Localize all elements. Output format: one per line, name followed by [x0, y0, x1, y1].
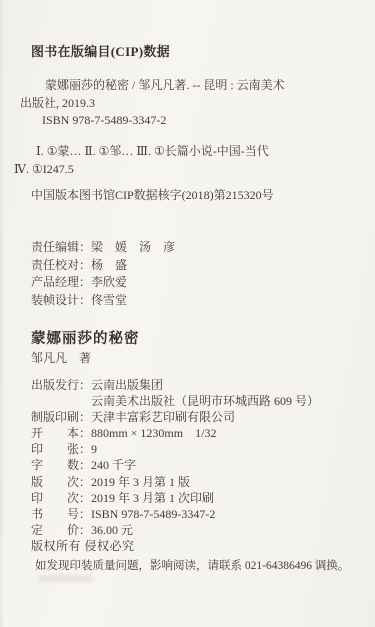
- publication-info-block: 出版发行：云南出版集团 云南美术出版社（昆明市环城西路 609 号） 制版印刷：…: [31, 377, 319, 554]
- pub-line-format: 开 本：880mm × 1230mm 1/32: [31, 425, 319, 441]
- cip-record-line: ISBN 978-7-5489-3347-2: [20, 112, 285, 130]
- copyright-notice: 版权所有 侵权必究: [31, 538, 319, 554]
- cip-classification-line: Ⅳ. ①I247.5: [14, 161, 269, 179]
- cip-record-number: 中国版本图书馆CIP数据核字(2018)第215320号: [31, 186, 274, 203]
- cip-record-line: 出版社, 2019.3: [20, 95, 285, 113]
- cip-record-block: 蒙娜丽莎的秘密 / 邹凡凡著. -- 昆明 : 云南美术 出版社, 2019.3…: [20, 77, 285, 130]
- pub-line-word-count: 字 数：240 千字: [31, 457, 319, 473]
- pub-line-impression: 印 次：2019 年 3 月第 1 次印刷: [31, 490, 319, 506]
- pub-line-publisher: 出版发行：云南出版集团: [31, 377, 319, 393]
- pub-line-edition: 版 次：2019 年 3 月第 1 版: [31, 474, 319, 490]
- pub-line-isbn: 书 号：ISBN 978-7-5489-3347-2: [31, 506, 319, 522]
- pub-line-publisher-address: 云南美术出版社（昆明市环城西路 609 号）: [31, 393, 319, 409]
- quality-contact-note: 如发现印装质量问题，影响阅读，请联系 021-64386496 调换。: [35, 557, 349, 573]
- cip-heading: 图书在版编目(CIP)数据: [31, 41, 170, 60]
- staff-credits-block: 责任编辑：梁 媛 汤 彦 责任校对：杨 盛 产品经理：李欣爱 装帧设计：佟雪堂: [31, 239, 175, 309]
- book-author: 邹凡凡 著: [31, 349, 91, 366]
- cip-record-line: 蒙娜丽莎的秘密 / 邹凡凡著. -- 昆明 : 云南美术: [20, 77, 285, 95]
- staff-line-proofreader: 责任校对：杨 盛: [31, 257, 175, 275]
- cip-classification-line: Ⅰ. ①蒙… Ⅱ. ①邹… Ⅲ. ①长篇小说-中国-当代: [14, 143, 269, 161]
- scan-edge-shadow: [0, 0, 4, 627]
- cip-classification-block: Ⅰ. ①蒙… Ⅱ. ①邹… Ⅲ. ①长篇小说-中国-当代 Ⅳ. ①I247.5: [14, 143, 269, 178]
- book-copyright-page: 图书在版编目(CIP)数据 蒙娜丽莎的秘密 / 邹凡凡著. -- 昆明 : 云南…: [0, 0, 375, 627]
- scan-smudge: [38, 575, 94, 582]
- staff-line-product-manager: 产品经理：李欣爱: [31, 274, 175, 292]
- staff-line-editor: 责任编辑：梁 媛 汤 彦: [31, 239, 175, 257]
- pub-line-price: 定 价：36.00 元: [31, 522, 319, 538]
- pub-line-printer: 制版印刷：天津丰富彩艺印刷有限公司: [31, 409, 319, 425]
- book-title: 蒙娜丽莎的秘密: [31, 327, 140, 348]
- staff-line-designer: 装帧设计：佟雪堂: [31, 292, 175, 310]
- pub-line-sheets: 印 张：9: [31, 441, 319, 457]
